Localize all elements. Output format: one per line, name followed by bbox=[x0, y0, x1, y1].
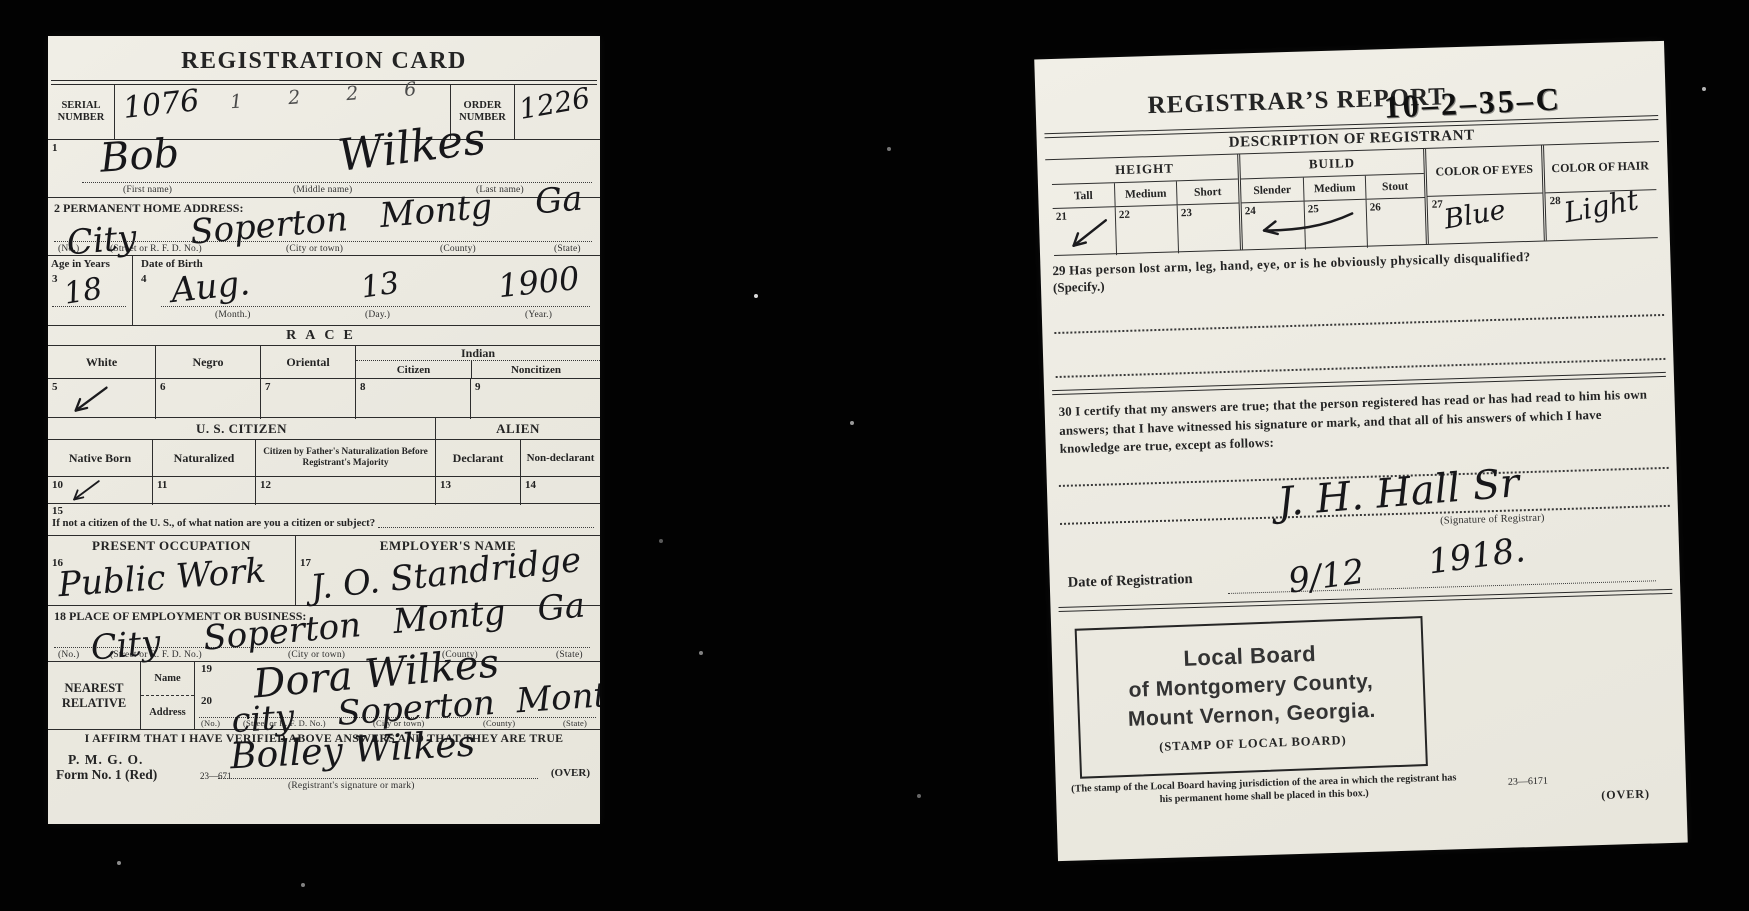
checkmark-icon bbox=[1063, 217, 1110, 250]
citizen-box-11: 11 bbox=[152, 477, 255, 505]
stamp-of-local-board-label: (STAMP OF LOCAL BOARD) bbox=[1159, 733, 1347, 755]
native-born-label: Native Born bbox=[69, 451, 131, 466]
short-label: Short bbox=[1194, 186, 1222, 199]
relative-name-label: Name bbox=[154, 673, 180, 684]
oriental-label: Oriental bbox=[286, 355, 329, 370]
serial-number-label-cell: SERIAL NUMBER bbox=[48, 85, 114, 139]
height-box-22: 22 bbox=[1115, 205, 1178, 255]
registrar-signature-label: (Signature of Registrar) bbox=[1440, 513, 1545, 527]
alien-header: ALIEN bbox=[496, 421, 540, 437]
dob-cell: Date of Birth 4 Aug. 13 1900 (Month.) (D… bbox=[132, 256, 600, 325]
field-number-6: 6 bbox=[160, 381, 166, 393]
alien-header-cell: ALIEN bbox=[435, 418, 600, 439]
field-number-26: 26 bbox=[1370, 201, 1381, 213]
hair-header-cell: COLOR OF HAIR bbox=[1544, 142, 1656, 193]
age-handwritten: 18 bbox=[62, 275, 104, 308]
relative-name-label-cell: Name bbox=[141, 662, 194, 696]
stamp-line-1: Local Board bbox=[1183, 641, 1317, 672]
build-group: BUILD Slender Medium Stout 24 25 26 bbox=[1237, 149, 1426, 249]
month-label: (Month.) bbox=[215, 310, 251, 320]
form-number-text: Form No. 1 (Red) bbox=[56, 767, 157, 783]
stamp-line-3: Mount Vernon, Georgia. bbox=[1128, 699, 1377, 732]
field-number-29: 29 bbox=[1052, 263, 1065, 278]
build-medium-label: Medium bbox=[1314, 182, 1356, 195]
relative-address-label-cell: Address bbox=[141, 696, 194, 730]
serial-number-label: SERIAL NUMBER bbox=[48, 100, 114, 124]
day-label: (Day.) bbox=[365, 310, 390, 320]
relative-sublabel-column: Name Address bbox=[140, 662, 194, 729]
race-title-row: RACE bbox=[48, 325, 600, 345]
citizen-by-father-label: Citizen by Father's Naturalization Befor… bbox=[260, 447, 431, 469]
print-code: 23—6171 bbox=[1508, 776, 1548, 788]
field-number-22: 22 bbox=[1119, 209, 1130, 221]
nearest-relative-label: NEAREST RELATIVE bbox=[48, 681, 140, 711]
race-col-oriental: Oriental bbox=[260, 346, 355, 378]
height-box-21: 21 bbox=[1053, 207, 1116, 257]
year-label: (Year.) bbox=[525, 310, 552, 320]
checkmark-icon bbox=[64, 479, 104, 503]
non-declarant-label: Non-declarant bbox=[527, 452, 595, 465]
occupation-header: PRESENT OCCUPATION bbox=[92, 538, 251, 554]
race-box-7: 7 bbox=[260, 379, 355, 419]
short-cell: Short bbox=[1176, 180, 1239, 205]
field-number-8: 8 bbox=[360, 381, 366, 393]
negro-label: Negro bbox=[192, 355, 223, 370]
us-citizen-header: U. S. CITIZEN bbox=[196, 421, 287, 437]
dob-day-handwritten: 13 bbox=[359, 269, 401, 301]
age-cell: Age in Years 3 18 bbox=[48, 256, 132, 325]
indian-noncitizen-cell: Noncitizen bbox=[471, 361, 600, 379]
city-label: (City or town) bbox=[286, 244, 343, 254]
description-table: HEIGHT Tall Medium Short 21 22 23 bbox=[1051, 142, 1658, 256]
q15-row: 15 If not a citizen of the U. S., of wha… bbox=[48, 503, 600, 535]
first-name-label: (First name) bbox=[123, 185, 172, 195]
race-table: White Negro Oriental Indian Citizen Nonc… bbox=[48, 345, 600, 417]
slender-label: Slender bbox=[1253, 183, 1291, 196]
race-col-white: White bbox=[48, 346, 155, 378]
field-number-28: 28 bbox=[1549, 195, 1560, 207]
citizen-box-12: 12 bbox=[255, 477, 435, 505]
field-number-5: 5 bbox=[52, 381, 58, 393]
build-header: BUILD bbox=[1309, 155, 1356, 172]
print-code: 23—671 bbox=[200, 771, 232, 781]
eyes-column: COLOR OF EYES 27 Blue bbox=[1423, 146, 1544, 244]
citizen-box-13: 13 bbox=[435, 477, 520, 505]
race-title: RACE bbox=[286, 328, 362, 344]
field-number-12: 12 bbox=[260, 479, 271, 491]
field-number-11: 11 bbox=[157, 479, 167, 491]
nearest-relative-label-cell: NEAREST RELATIVE bbox=[48, 662, 140, 729]
order-number-handwritten: 1226 bbox=[517, 85, 592, 122]
tall-cell: Tall bbox=[1052, 183, 1115, 208]
stout-cell: Stout bbox=[1365, 174, 1425, 199]
race-box-8: 8 bbox=[355, 379, 470, 419]
q15-writing-line bbox=[378, 527, 594, 528]
build-medium-cell: Medium bbox=[1303, 176, 1366, 201]
field-number-20: 20 bbox=[201, 695, 212, 707]
citizen-by-father-cell: Citizen by Father's Naturalization Befor… bbox=[255, 440, 435, 476]
signature-line bbox=[218, 778, 538, 779]
non-declarant-cell: Non-declarant bbox=[520, 440, 600, 476]
name-writing-line bbox=[82, 182, 592, 183]
stout-label: Stout bbox=[1382, 180, 1409, 193]
relative-value-cell: 19 Dora Wilkes 20 city Soperton Montg Ga… bbox=[194, 662, 600, 729]
occupation-handwritten: Public Work bbox=[57, 556, 267, 601]
no-label: (No.) bbox=[58, 650, 79, 660]
us-citizen-header-cell: U. S. CITIZEN bbox=[48, 418, 435, 439]
column-divider bbox=[295, 555, 296, 605]
swoosh-checkmark-icon bbox=[1256, 208, 1357, 237]
registration-card-title: REGISTRATION CARD bbox=[48, 48, 600, 80]
stamp-line-2: of Montgomery County, bbox=[1128, 670, 1373, 703]
height-header: HEIGHT bbox=[1115, 160, 1174, 178]
white-label: White bbox=[86, 355, 117, 370]
naturalized-cell: Naturalized bbox=[152, 440, 255, 476]
eyes-header: COLOR OF EYES bbox=[1435, 162, 1533, 180]
hair-color-handwritten: Light bbox=[1562, 187, 1640, 226]
field-number-30: 30 bbox=[1059, 405, 1073, 419]
eyes-header-cell: COLOR OF EYES bbox=[1426, 146, 1542, 197]
state-label: (State) bbox=[563, 718, 587, 728]
q15-text: If not a citizen of the U. S., of what n… bbox=[52, 517, 375, 529]
over-label: (OVER) bbox=[1601, 787, 1650, 803]
field-number-1: 1 bbox=[52, 142, 58, 154]
indian-citizen-cell: Citizen bbox=[356, 361, 471, 379]
field-number-4: 4 bbox=[141, 273, 147, 285]
registrant-signature-handwritten: Bolley Wilkes bbox=[229, 729, 476, 774]
dust-specks bbox=[0, 0, 2, 2]
stamp-instruction-note: (The stamp of the Local Board having jur… bbox=[1064, 772, 1465, 809]
field-number-24: 24 bbox=[1245, 205, 1256, 217]
first-name-handwritten: Bob bbox=[99, 135, 180, 176]
registrar-signature-area: J. H. Hall Sr (Signature of Registrar) bbox=[1046, 441, 1679, 564]
race-box-9: 9 bbox=[470, 379, 600, 419]
over-label: (OVER) bbox=[551, 767, 590, 779]
citizen-table: Native Born Naturalized Citizen by Fathe… bbox=[48, 439, 600, 503]
race-col-indian: Indian Citizen Noncitizen bbox=[355, 346, 600, 378]
registration-card-front: REGISTRATION CARD SERIAL NUMBER 1076 1 2… bbox=[48, 36, 600, 824]
tall-label: Tall bbox=[1074, 189, 1093, 202]
height-group: HEIGHT Tall Medium Short 21 22 23 bbox=[1051, 155, 1240, 255]
field-number-19: 19 bbox=[201, 663, 212, 675]
eye-color-handwritten: Blue bbox=[1442, 198, 1507, 232]
no-label: (No.) bbox=[201, 718, 220, 728]
declarant-cell: Declarant bbox=[435, 440, 520, 476]
dob-month-handwritten: Aug. bbox=[170, 268, 252, 307]
indian-header-cell: Indian bbox=[356, 346, 600, 360]
scan-background: REGISTRATION CARD SERIAL NUMBER 1076 1 2… bbox=[0, 0, 1749, 911]
citizen-box-10: 10 bbox=[48, 477, 152, 505]
native-born-cell: Native Born bbox=[48, 440, 152, 476]
height-medium-cell: Medium bbox=[1114, 181, 1177, 206]
last-name-handwritten: Wilkes bbox=[336, 119, 488, 176]
field-number-13: 13 bbox=[440, 479, 451, 491]
stamp-area: Local Board of Montgomery County, Mount … bbox=[1051, 594, 1687, 827]
race-box-6: 6 bbox=[155, 379, 260, 419]
answer-line bbox=[1054, 314, 1664, 334]
penciled-number-handwritten: 1 2 2 6 bbox=[230, 80, 437, 111]
checkmark-icon bbox=[66, 385, 110, 415]
indian-noncitizen-label: Noncitizen bbox=[511, 364, 561, 376]
declarant-label: Declarant bbox=[453, 451, 504, 466]
field-number-23: 23 bbox=[1181, 207, 1192, 219]
field-number-10: 10 bbox=[52, 479, 63, 491]
hair-header: COLOR OF HAIR bbox=[1551, 158, 1649, 176]
field-number-15: 15 bbox=[52, 505, 63, 517]
place-of-employment-row: 18 PLACE OF EMPLOYMENT OR BUSINESS: City… bbox=[48, 605, 600, 661]
middle-name-label: (Middle name) bbox=[293, 185, 352, 195]
registrar-signature-handwritten: J. H. Hall Sr bbox=[1276, 465, 1520, 521]
dob-writing-line bbox=[161, 306, 590, 307]
field-number-14: 14 bbox=[525, 479, 536, 491]
naturalized-label: Naturalized bbox=[174, 451, 235, 466]
build-box-26: 26 bbox=[1366, 198, 1426, 248]
field-number-9: 9 bbox=[475, 381, 481, 393]
registrars-report-back: REGISTRAR’S REPORT 10–2–35–C DESCRIPTION… bbox=[1034, 41, 1688, 861]
field-number-3: 3 bbox=[52, 273, 58, 285]
county-label: (County) bbox=[440, 244, 476, 254]
slender-cell: Slender bbox=[1241, 178, 1304, 203]
form-org-text: P. M. G. O. bbox=[68, 752, 143, 768]
indian-label: Indian bbox=[461, 346, 495, 361]
local-board-stamp-box: Local Board of Montgomery County, Mount … bbox=[1075, 616, 1428, 779]
field-number-7: 7 bbox=[265, 381, 271, 393]
indian-citizen-label: Citizen bbox=[397, 364, 431, 376]
state-label: (State) bbox=[556, 650, 583, 660]
age-dob-row: Age in Years 3 18 Date of Birth 4 Aug. 1… bbox=[48, 255, 600, 325]
card-footer-row: P. M. G. O. Form No. 1 (Red) 23—671 Boll… bbox=[48, 747, 600, 793]
citizen-box-14: 14 bbox=[520, 477, 600, 505]
nearest-relative-block: NEAREST RELATIVE Name Address 19 Dora Wi… bbox=[48, 661, 600, 729]
height-box-23: 23 bbox=[1177, 204, 1240, 254]
home-address-row: 2 PERMANENT HOME ADDRESS: City Soperton … bbox=[48, 197, 600, 255]
citizen-alien-header-row: U. S. CITIZEN ALIEN bbox=[48, 417, 600, 439]
order-number-value-cell: 1226 bbox=[514, 85, 600, 139]
height-medium-label: Medium bbox=[1125, 187, 1167, 200]
race-col-negro: Negro bbox=[155, 346, 260, 378]
serial-number-handwritten: 1076 bbox=[122, 87, 201, 122]
race-box-5: 5 bbox=[48, 379, 155, 419]
hair-column: COLOR OF HAIR 28 Light bbox=[1541, 142, 1658, 240]
date-of-registration-label: Date of Registration bbox=[1068, 571, 1193, 592]
state-label: (State) bbox=[554, 244, 581, 254]
relative-address-label: Address bbox=[149, 707, 186, 718]
dob-year-handwritten: 1900 bbox=[497, 264, 581, 301]
serial-order-row: SERIAL NUMBER 1076 1 2 2 6 ORDER NUMBER … bbox=[48, 85, 600, 139]
registrant-signature-label: (Registrant's signature or mark) bbox=[288, 781, 415, 791]
